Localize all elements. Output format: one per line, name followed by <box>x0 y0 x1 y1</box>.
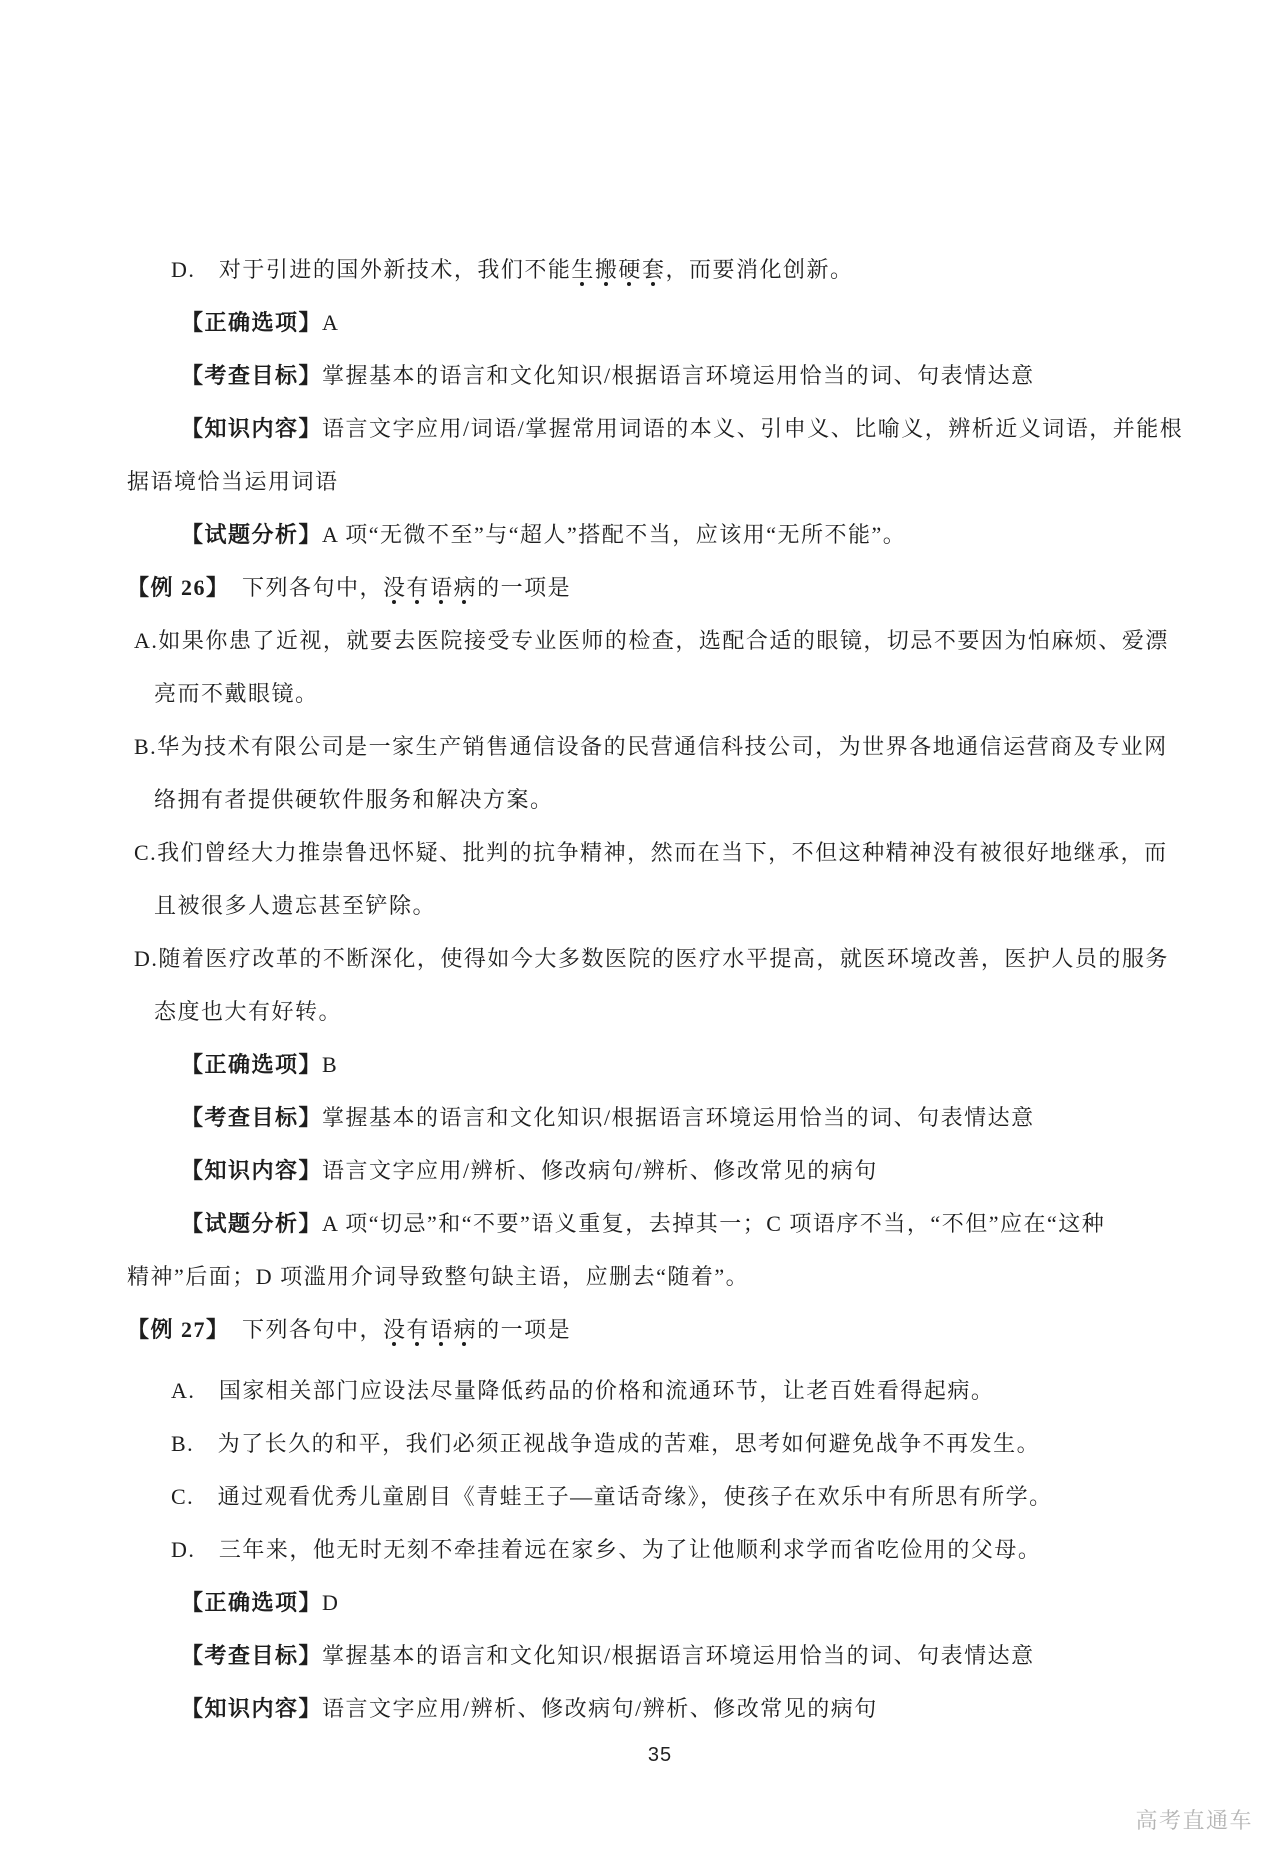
analysis-line: 【试题分析】A 项“切忌”和“不要”语义重复，去掉其一；C 项语序不当，“不但”… <box>181 1197 1197 1250</box>
option-d-prev-question: D. 对于引进的国外新技术，我们不能生搬硬套，而要消化创新。 <box>171 243 1197 296</box>
text-segment: B. 为了长久的和平，我们必须正视战争造成的苦难，思考如何避免战争不再发生。 <box>171 1431 1040 1456</box>
objective-line: 【考查目标】掌握基本的语言和文化知识/根据语言环境运用恰当的词、句表情达意 <box>181 1629 1197 1682</box>
document-body: D. 对于引进的国外新技术，我们不能生搬硬套，而要消化创新。【正确选项】A【考查… <box>127 243 1197 1735</box>
text-segment: 态度也大有好转。 <box>154 999 342 1024</box>
section-label: 【试题分析】 <box>181 522 322 547</box>
text-segment: D. 三年来，他无时无刻不牵挂着远在家乡、为了让他顺利求学而省吃俭用的父母。 <box>171 1537 1041 1562</box>
example-26-heading: 【例 26】 下列各句中，没有语病的一项是 <box>127 561 1197 614</box>
answer-line: 【正确选项】A <box>181 296 1197 349</box>
section-label: 【正确选项】 <box>181 1052 322 1077</box>
text-segment: A 项“切忌”和“不要”语义重复，去掉其一；C 项语序不当，“不但”应在“这种 <box>322 1211 1105 1236</box>
text-segment: 掌握基本的语言和文化知识/根据语言环境运用恰当的词、句表情达意 <box>322 1105 1035 1130</box>
watermark: 高考直通车 <box>1135 1804 1253 1835</box>
option-c-line: C. 通过观看优秀儿童剧目《青蛙王子—童话奇缘》，使孩子在欢乐中有所思有所学。 <box>171 1470 1197 1523</box>
option-a-continuation: 亮而不戴眼镜。 <box>154 667 1197 720</box>
option-d-continuation: 态度也大有好转。 <box>154 985 1197 1038</box>
emphasized-char: 套 <box>642 257 666 282</box>
emphasized-char: 没 <box>383 575 407 600</box>
objective-line: 【考查目标】掌握基本的语言和文化知识/根据语言环境运用恰当的词、句表情达意 <box>181 1091 1197 1144</box>
emphasized-char: 语 <box>430 1317 454 1342</box>
emphasized-char: 搬 <box>595 257 619 282</box>
text-segment: 的一项是 <box>477 1317 571 1342</box>
text-segment: 掌握基本的语言和文化知识/根据语言环境运用恰当的词、句表情达意 <box>322 363 1035 388</box>
option-b-continuation: 络拥有者提供硬软件服务和解决方案。 <box>154 773 1197 826</box>
text-segment: 络拥有者提供硬软件服务和解决方案。 <box>154 787 554 812</box>
text-segment: D <box>322 1590 339 1615</box>
section-label: 【例 27】 <box>127 1317 219 1342</box>
emphasized-char: 病 <box>454 1317 478 1342</box>
emphasized-char: 病 <box>454 575 478 600</box>
text-segment: D. 对于引进的国外新技术，我们不能 <box>171 257 571 282</box>
option-a-line: A.如果你患了近视，就要去医院接受专业医师的检查，选配合适的眼镜，切忌不要因为怕… <box>134 614 1197 667</box>
analysis-line: 【试题分析】A 项“无微不至”与“超人”搭配不当，应该用“无所不能”。 <box>181 508 1197 561</box>
text-segment: 语言文字应用/辨析、修改病句/辨析、修改常见的病句 <box>322 1158 878 1183</box>
section-label: 【试题分析】 <box>181 1211 322 1236</box>
emphasized-char: 硬 <box>618 257 642 282</box>
text-segment: 语言文字应用/辨析、修改病句/辨析、修改常见的病句 <box>322 1696 878 1721</box>
option-b-line: B.华为技术有限公司是一家生产销售通信设备的民营通信科技公司，为世界各地通信运营… <box>134 720 1197 773</box>
option-c-continuation: 且被很多人遗忘甚至铲除。 <box>154 879 1197 932</box>
section-label: 【例 26】 <box>127 575 219 600</box>
text-segment: 精神”后面；D 项滥用介词导致整句缺主语，应删去“随着”。 <box>127 1264 749 1289</box>
text-segment: 的一项是 <box>477 575 571 600</box>
page-number: 35 <box>127 1744 1193 1767</box>
emphasized-char: 有 <box>407 575 431 600</box>
answer-line: 【正确选项】B <box>181 1038 1197 1091</box>
text-segment: C. 通过观看优秀儿童剧目《青蛙王子—童话奇缘》，使孩子在欢乐中有所思有所学。 <box>171 1484 1053 1509</box>
option-c-line: C.我们曾经大力推崇鲁迅怀疑、批判的抗争精神，然而在当下，不但这种精神没有被很好… <box>134 826 1197 879</box>
section-label: 【考查目标】 <box>181 1105 322 1130</box>
knowledge-line: 【知识内容】语言文字应用/词语/掌握常用词语的本义、引申义、比喻义，辨析近义词语… <box>181 402 1197 455</box>
option-a-line: A. 国家相关部门应设法尽量降低药品的价格和流通环节，让老百姓看得起病。 <box>171 1364 1197 1417</box>
text-segment: 亮而不戴眼镜。 <box>154 681 319 706</box>
section-label: 【考查目标】 <box>181 363 322 388</box>
section-label: 【知识内容】 <box>181 1158 322 1183</box>
text-segment: 掌握基本的语言和文化知识/根据语言环境运用恰当的词、句表情达意 <box>322 1643 1035 1668</box>
answer-line: 【正确选项】D <box>181 1576 1197 1629</box>
option-d-line: D. 三年来，他无时无刻不牵挂着远在家乡、为了让他顺利求学而省吃俭用的父母。 <box>171 1523 1197 1576</box>
text-segment: 语言文字应用/词语/掌握常用词语的本义、引申义、比喻义，辨析近义词语，并能根 <box>322 416 1183 441</box>
text-segment: A <box>322 310 339 335</box>
section-label: 【正确选项】 <box>181 1590 322 1615</box>
text-segment: 且被很多人遗忘甚至铲除。 <box>154 893 436 918</box>
text-segment: B.华为技术有限公司是一家生产销售通信设备的民营通信科技公司，为世界各地通信运营… <box>134 734 1168 759</box>
section-label: 【知识内容】 <box>181 416 322 441</box>
knowledge-line-continuation: 据语境恰当运用词语 <box>127 455 1197 508</box>
section-label: 【知识内容】 <box>181 1696 322 1721</box>
emphasized-char: 语 <box>430 575 454 600</box>
text-segment: C.我们曾经大力推崇鲁迅怀疑、批判的抗争精神，然而在当下，不但这种精神没有被很好… <box>134 840 1168 865</box>
emphasized-char: 没 <box>383 1317 407 1342</box>
text-segment: ，而要消化创新。 <box>665 257 853 282</box>
knowledge-line: 【知识内容】语言文字应用/辨析、修改病句/辨析、修改常见的病句 <box>181 1682 1197 1735</box>
emphasized-char: 有 <box>407 1317 431 1342</box>
text-segment: A. 国家相关部门应设法尽量降低药品的价格和流通环节，让老百姓看得起病。 <box>171 1378 994 1403</box>
section-label: 【考查目标】 <box>181 1643 322 1668</box>
text-segment: 据语境恰当运用词语 <box>127 469 339 494</box>
section-label: 【正确选项】 <box>181 310 322 335</box>
analysis-line-continuation: 精神”后面；D 项滥用介词导致整句缺主语，应删去“随着”。 <box>127 1250 1197 1303</box>
option-b-line: B. 为了长久的和平，我们必须正视战争造成的苦难，思考如何避免战争不再发生。 <box>171 1417 1197 1470</box>
text-segment: 下列各句中， <box>219 575 384 600</box>
text-segment: A.如果你患了近视，就要去医院接受专业医师的检查，选配合适的眼镜，切忌不要因为怕… <box>134 628 1169 653</box>
knowledge-line: 【知识内容】语言文字应用/辨析、修改病句/辨析、修改常见的病句 <box>181 1144 1197 1197</box>
document-page: D. 对于引进的国外新技术，我们不能生搬硬套，而要消化创新。【正确选项】A【考查… <box>0 0 1280 1858</box>
text-segment: B <box>322 1052 338 1077</box>
text-segment: A 项“无微不至”与“超人”搭配不当，应该用“无所不能”。 <box>322 522 906 547</box>
objective-line: 【考查目标】掌握基本的语言和文化知识/根据语言环境运用恰当的词、句表情达意 <box>181 349 1197 402</box>
example-27-heading: 【例 27】 下列各句中，没有语病的一项是 <box>127 1303 1197 1356</box>
text-segment: 下列各句中， <box>219 1317 384 1342</box>
text-segment: D.随着医疗改革的不断深化，使得如今大多数医院的医疗水平提高，就医环境改善，医护… <box>134 946 1169 971</box>
emphasized-char: 生 <box>571 257 595 282</box>
option-d-line: D.随着医疗改革的不断深化，使得如今大多数医院的医疗水平提高，就医环境改善，医护… <box>134 932 1197 985</box>
